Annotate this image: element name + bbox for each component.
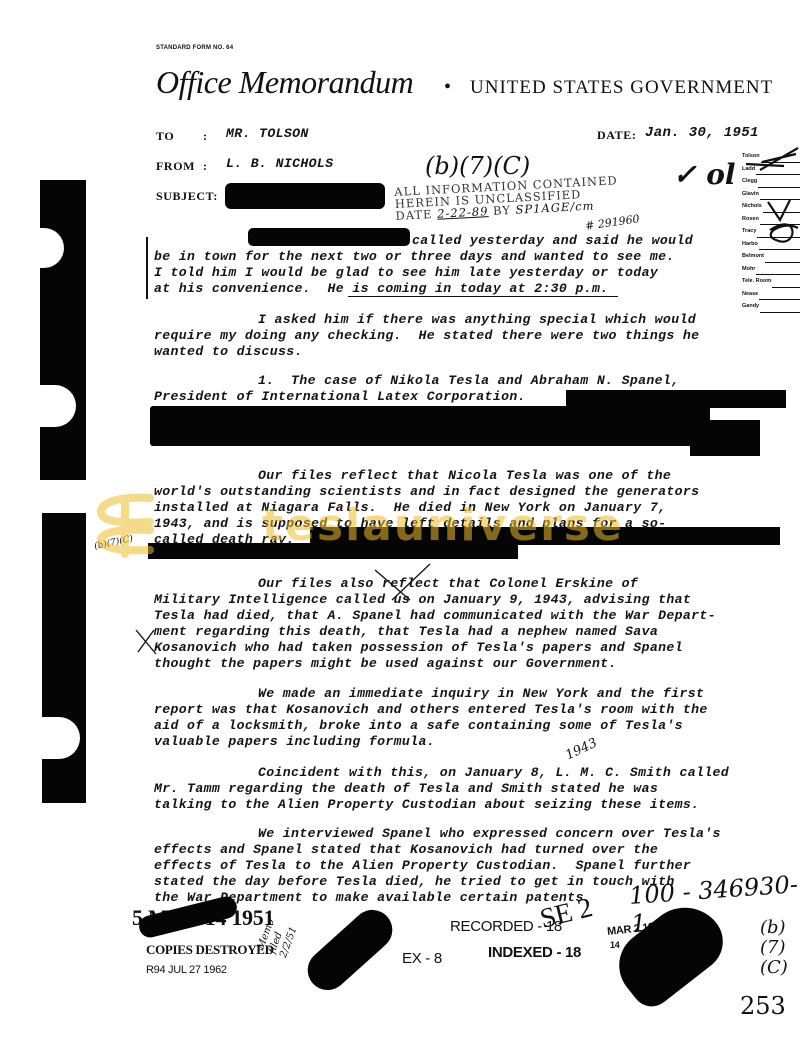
p1-line: be in town for the next two or three day…	[154, 249, 693, 265]
p3-redaction-c	[690, 420, 760, 456]
margin-line	[146, 237, 148, 299]
p1-line: I told him I would be glad to see him la…	[154, 265, 693, 281]
handwritten-exemption-top: (b)(7)(C)	[425, 152, 530, 180]
p6-line: valuable papers including formula.	[154, 734, 708, 750]
title-separator: •	[444, 76, 451, 99]
paragraph-2: I asked him if there was anything specia…	[154, 312, 699, 360]
p7-line: Coincident with this, on January 8, L. M…	[154, 765, 729, 781]
watermark-text: teslauniverse	[262, 500, 624, 551]
from-colon: :	[203, 159, 208, 174]
routing-scribble	[740, 140, 800, 260]
subject-label: SUBJECT:	[156, 189, 218, 204]
p8-line: We interviewed Spanel who expressed conc…	[154, 826, 721, 842]
p2-line: wanted to discuss.	[154, 344, 699, 360]
paragraph-6: We made an immediate inquiry in New York…	[154, 686, 708, 750]
date-label: DATE:	[597, 128, 636, 143]
p6-line: report was that Kosanovich and others en…	[154, 702, 708, 718]
declass-date: 2-22-89	[437, 204, 489, 221]
p3-redaction-b	[150, 406, 710, 446]
handwritten-page-number: 253	[740, 992, 786, 1020]
p2-line: I asked him if there was anything specia…	[154, 312, 699, 328]
paragraph-1: called yesterday and said he would be in…	[154, 233, 693, 297]
subject-redaction	[225, 183, 385, 209]
to-colon: :	[203, 129, 208, 144]
p3-line: 1. The case of Nikola Tesla and Abraham …	[154, 373, 679, 389]
indexed-stamp: INDEXED - 18	[488, 944, 581, 961]
stamp-14: 14	[610, 940, 619, 950]
copies-destroyed: COPIES DESTROYED	[146, 942, 274, 958]
agency-name: UNITED STATES GOVERNMENT	[470, 77, 773, 99]
date-value: Jan. 30, 1951	[645, 125, 759, 141]
handwritten-check-initials: ✓ ol	[673, 158, 736, 191]
binder-hole-3	[36, 717, 80, 759]
p6-line: aid of a locksmith, broke into a safe co…	[154, 718, 708, 734]
routing-item: Gandy	[742, 300, 800, 313]
memo-title: Office Memorandum	[156, 64, 413, 101]
binder-strip-top	[40, 180, 86, 480]
declass-by-label: BY	[493, 203, 512, 218]
p4-line: world's outstanding scientists and in fa…	[154, 484, 699, 500]
routing-item: Nease	[742, 288, 800, 301]
routing-item: Mohr	[742, 263, 800, 276]
declass-stamp: ALL INFORMATION CONTAINED HEREIN IS UNCL…	[394, 174, 619, 222]
binder-strip-bottom	[42, 513, 86, 803]
r94-stamp: R94 JUL 27 1962	[146, 964, 227, 976]
p8-line: effects of Tesla to the Alien Property C…	[154, 858, 721, 874]
ex-stamp: EX - 8	[402, 950, 442, 967]
routing-item: Tele. Room	[742, 275, 800, 288]
p7-line: talking to the Alien Property Custodian …	[154, 797, 729, 813]
declass-date-label: DATE	[395, 207, 433, 223]
handwritten-exemption-right: (b) (7) (C)	[760, 918, 788, 978]
p2-line: require my doing any checking. He stated…	[154, 328, 699, 344]
p1-line: at his convenience. He is coming in toda…	[154, 281, 693, 297]
p7-line: Mr. Tamm regarding the death of Tesla an…	[154, 781, 729, 797]
footer-redaction-mid	[299, 902, 400, 999]
form-number: STANDARD FORM NO. 64	[156, 45, 233, 51]
to-value: MR. TOLSON	[226, 126, 309, 142]
p8-line: effects and Spanel stated that Kosanovic…	[154, 842, 721, 858]
tesla-logo-icon	[95, 490, 155, 560]
declass-file-number: # 291960	[584, 212, 640, 232]
p6-line: We made an immediate inquiry in New York…	[154, 686, 708, 702]
watermark-logo	[95, 490, 155, 560]
p4-line: Our files reflect that Nicola Tesla was …	[154, 468, 699, 484]
from-value: L. B. NICHOLS	[226, 156, 333, 172]
cross-mark	[130, 560, 450, 680]
declass-initials: SP1AGE/cm	[515, 199, 595, 217]
paragraph-7: Coincident with this, on January 8, L. M…	[154, 765, 729, 813]
to-label: TO	[156, 129, 174, 144]
from-label: FROM	[156, 159, 195, 174]
underline-coming-in	[348, 296, 618, 297]
p1-line: called yesterday and said he would	[154, 233, 693, 249]
binder-hole-2	[34, 385, 76, 427]
